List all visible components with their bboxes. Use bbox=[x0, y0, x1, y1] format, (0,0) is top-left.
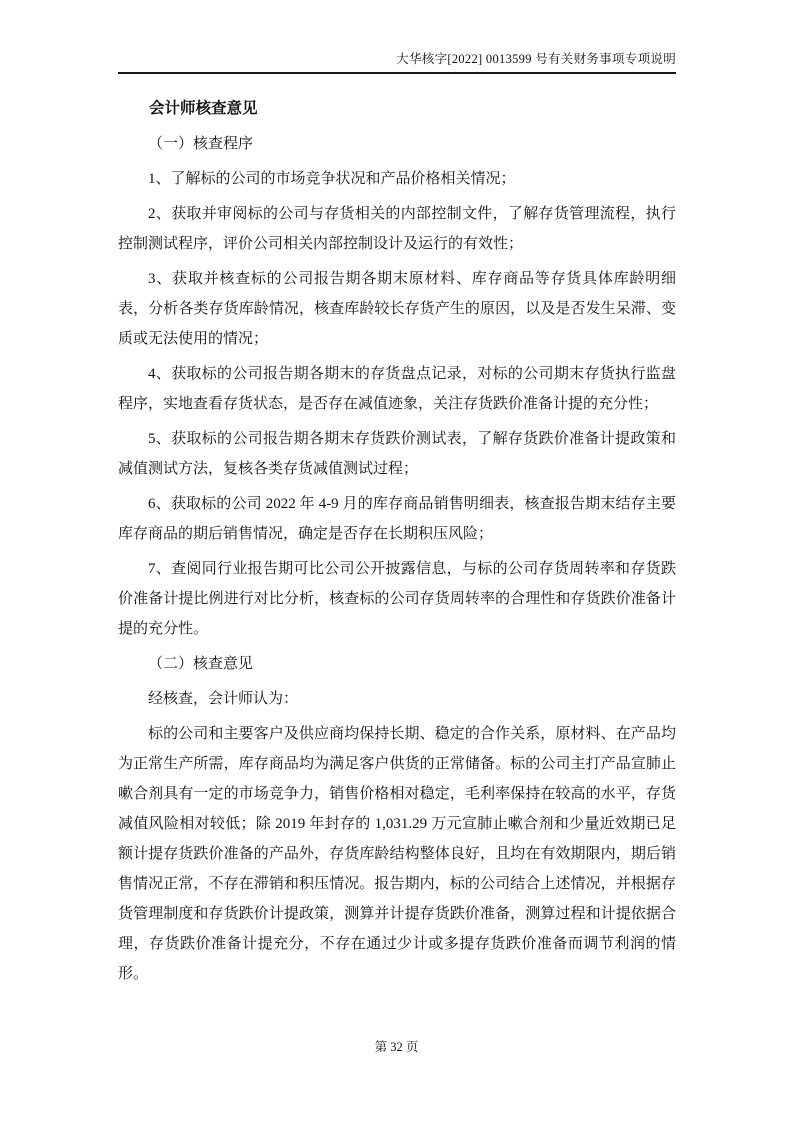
page-header: 大华核字[2022] 0013599 号有关财务事项专项说明 bbox=[118, 50, 676, 74]
procedure-item-7: 7、查阅同行业报告期可比公司公开披露信息，与标的公司存货周转率和存货跌价准备计提… bbox=[118, 554, 676, 644]
document-page: 大华核字[2022] 0013599 号有关财务事项专项说明 会计师核查意见 （… bbox=[0, 0, 793, 1122]
header-text: 大华核字[2022] 0013599 号有关财务事项专项说明 bbox=[396, 52, 676, 66]
doc-title: 会计师核查意见 bbox=[118, 94, 676, 124]
document-body: 会计师核查意见 （一）核查程序 1、了解标的公司的市场竞争状况和产品价格相关情况… bbox=[118, 94, 676, 994]
opinion-body: 标的公司和主要客户及供应商均保持长期、稳定的合作关系，原材料、在产品均为正常生产… bbox=[118, 719, 676, 989]
procedure-item-2: 2、获取并审阅标的公司与存货相关的内部控制文件，了解存货管理流程，执行控制测试程… bbox=[118, 199, 676, 259]
page-footer: 第 32 页 bbox=[0, 1038, 793, 1056]
section-2-heading: （二）核查意见 bbox=[118, 649, 676, 679]
procedure-item-1: 1、了解标的公司的市场竞争状况和产品价格相关情况； bbox=[118, 164, 676, 194]
procedure-item-5: 5、获取标的公司报告期各期末存货跌价测试表，了解存货跌价准备计提政策和减值测试方… bbox=[118, 424, 676, 484]
procedure-item-3: 3、获取并核查标的公司报告期各期末原材料、库存商品等存货具体库龄明细表，分析各类… bbox=[118, 264, 676, 354]
page-number: 第 32 页 bbox=[375, 1040, 419, 1054]
section-1-heading: （一）核查程序 bbox=[118, 129, 676, 159]
procedure-item-6: 6、获取标的公司 2022 年 4-9 月的库存商品销售明细表，核查报告期末结存… bbox=[118, 489, 676, 549]
procedure-item-4: 4、获取标的公司报告期各期末的存货盘点记录，对标的公司期末存货执行监盘程序，实地… bbox=[118, 359, 676, 419]
opinion-intro: 经核查，会计师认为： bbox=[118, 684, 676, 714]
